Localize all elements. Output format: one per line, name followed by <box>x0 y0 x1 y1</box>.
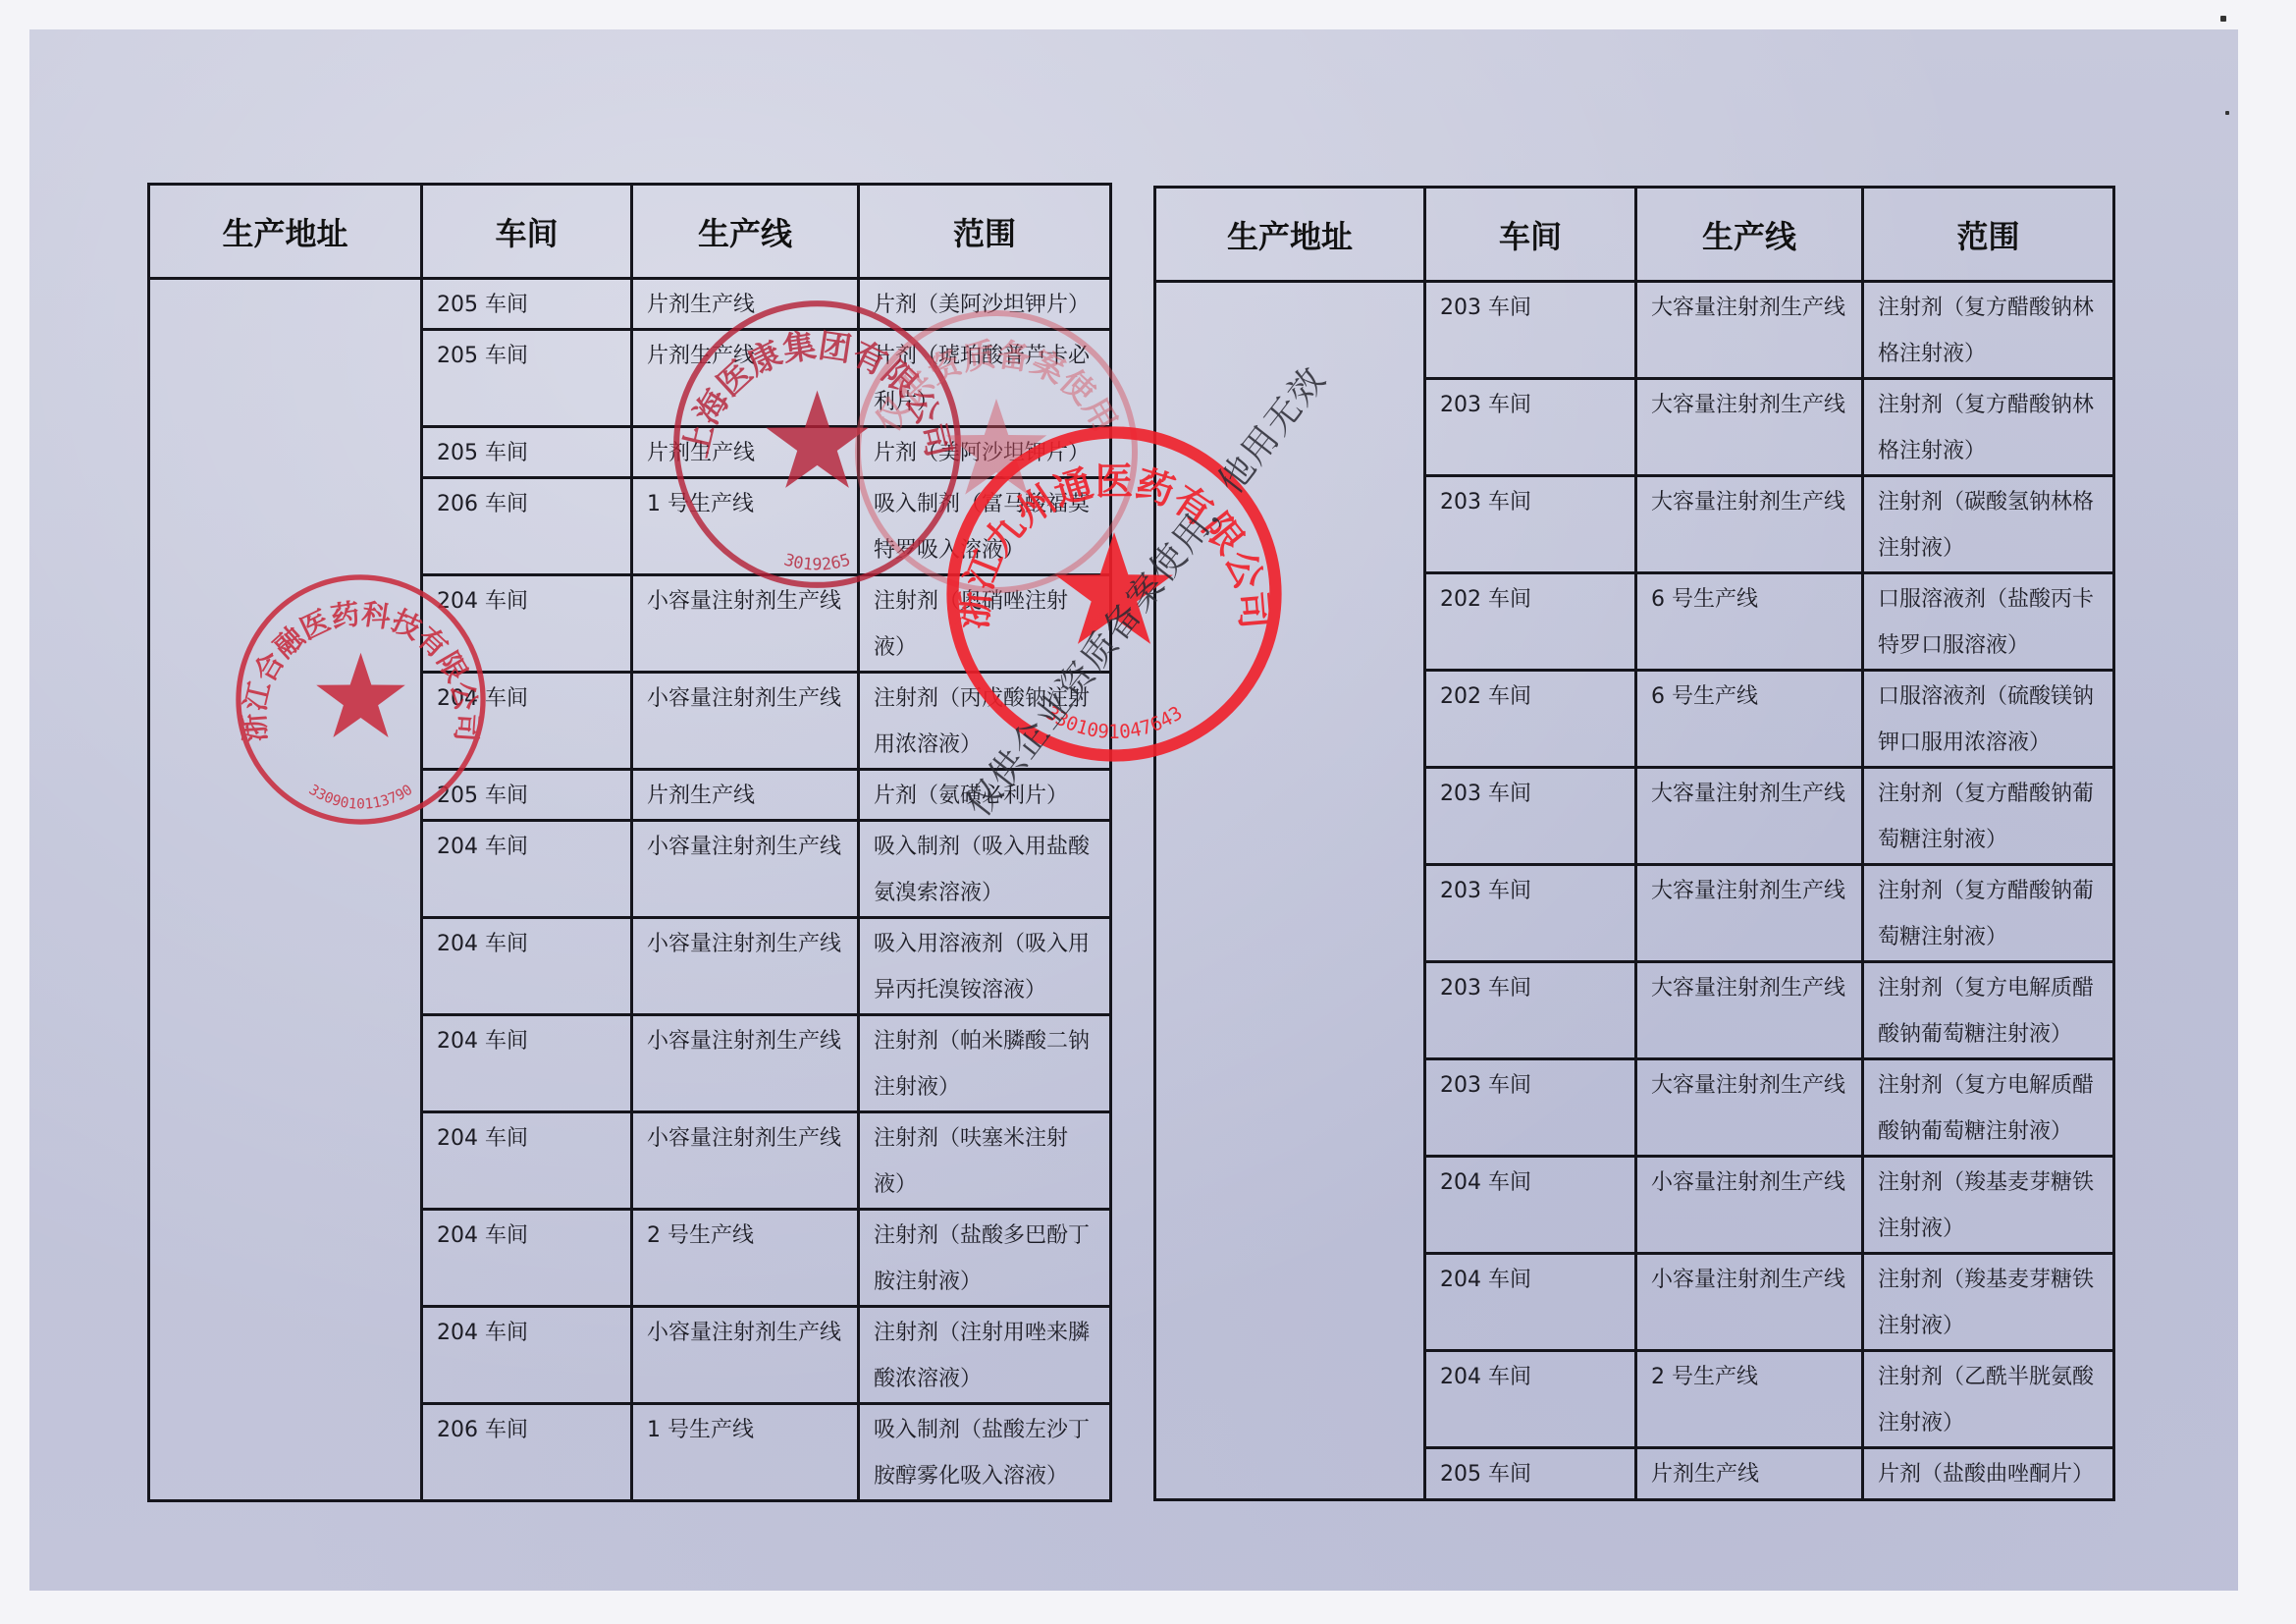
scope-cell: 注射剂（复方醋酸钠林格注射液） <box>1863 282 2114 379</box>
scope-cell: 片剂（盐酸曲唑酮片） <box>1863 1448 2114 1500</box>
line-cell: 小容量注射剂生产线 <box>632 1112 859 1210</box>
line-cell: 大容量注射剂生产线 <box>1636 379 1863 476</box>
scope-text: 吸入制剂（吸入用盐酸氨溴索溶液） <box>860 822 1109 916</box>
line-text: 6 号生产线 <box>1637 672 1861 720</box>
line-cell: 小容量注射剂生产线 <box>632 575 859 673</box>
line-text: 片剂生产线 <box>633 771 857 819</box>
workshop-text: 206 车间 <box>423 1405 630 1453</box>
workshop-cell: 204 车间 <box>422 575 632 673</box>
workshop-cell: 203 车间 <box>1425 768 1636 865</box>
scope-text: 注射剂（复方醋酸钠林格注射液） <box>1864 380 2112 474</box>
workshop-cell: 204 车间 <box>422 1112 632 1210</box>
line-text: 小容量注射剂生产线 <box>1637 1255 1861 1303</box>
line-text: 小容量注射剂生产线 <box>633 919 857 967</box>
line-text: 小容量注射剂生产线 <box>633 822 857 870</box>
scope-text: 注射剂（复方电解质醋酸钠葡萄糖注射液） <box>1864 1060 2112 1155</box>
workshop-cell: 204 车间 <box>422 1015 632 1112</box>
header-workshop: 车间 <box>422 185 632 279</box>
header-line: 生产线 <box>632 185 859 279</box>
workshop-text: 203 车间 <box>1426 769 1634 817</box>
workshop-text: 204 车间 <box>423 1211 630 1259</box>
scope-text: 注射剂（复方电解质醋酸钠葡萄糖注射液） <box>1864 963 2112 1057</box>
line-text: 片剂生产线 <box>633 280 857 328</box>
scope-text: 注射剂（呋塞米注射液） <box>860 1113 1109 1208</box>
scope-cell: 注射剂（盐酸多巴酚丁胺注射液） <box>859 1210 1111 1307</box>
scope-cell: 注射剂（复方电解质醋酸钠葡萄糖注射液） <box>1863 962 2114 1059</box>
workshop-text: 202 车间 <box>1426 672 1634 720</box>
line-text: 大容量注射剂生产线 <box>1637 963 1861 1011</box>
workshop-text: 203 车间 <box>1426 283 1634 331</box>
scope-cell: 吸入用溶液剂（吸入用异丙托溴铵溶液） <box>859 918 1111 1015</box>
scope-text: 注射剂（注射用唑来膦酸浓溶液） <box>860 1308 1109 1402</box>
workshop-text: 202 车间 <box>1426 574 1634 623</box>
line-cell: 1 号生产线 <box>632 1404 859 1501</box>
table-header-row: 生产地址 车间 生产线 范围 <box>149 185 1111 279</box>
workshop-cell: 205 车间 <box>422 427 632 478</box>
line-text: 小容量注射剂生产线 <box>633 1113 857 1162</box>
scope-cell: 片剂（美阿沙坦钾片） <box>859 427 1111 478</box>
line-cell: 小容量注射剂生产线 <box>632 918 859 1015</box>
workshop-text: 203 车间 <box>1426 380 1634 428</box>
workshop-text: 204 车间 <box>423 822 630 870</box>
line-cell: 小容量注射剂生产线 <box>632 1307 859 1404</box>
workshop-cell: 203 车间 <box>1425 379 1636 476</box>
header-workshop: 车间 <box>1425 188 1636 282</box>
scan-speck <box>2220 16 2226 22</box>
scope-cell: 吸入制剂（富马酸福莫特罗吸入溶液） <box>859 478 1111 575</box>
line-text: 小容量注射剂生产线 <box>1637 1158 1861 1206</box>
workshop-text: 204 车间 <box>423 576 630 624</box>
workshop-cell: 206 车间 <box>422 1404 632 1501</box>
header-address: 生产地址 <box>1155 188 1425 282</box>
scope-cell: 注射剂（羧基麦芽糖铁注射液） <box>1863 1254 2114 1351</box>
workshop-text: 203 车间 <box>1426 1060 1634 1109</box>
scope-text: 注射剂（羧基麦芽糖铁注射液） <box>1864 1158 2112 1252</box>
line-cell: 小容量注射剂生产线 <box>632 1015 859 1112</box>
workshop-cell: 206 车间 <box>422 478 632 575</box>
line-cell: 6 号生产线 <box>1636 671 1863 768</box>
line-cell: 1 号生产线 <box>632 478 859 575</box>
scope-cell: 注射剂（帕米膦酸二钠注射液） <box>859 1015 1111 1112</box>
line-text: 小容量注射剂生产线 <box>633 576 857 624</box>
workshop-cell: 203 车间 <box>1425 282 1636 379</box>
scan-speck <box>2225 111 2229 115</box>
workshop-text: 205 车间 <box>423 331 630 379</box>
line-cell: 大容量注射剂生产线 <box>1636 1059 1863 1157</box>
line-cell: 小容量注射剂生产线 <box>632 821 859 918</box>
line-cell: 大容量注射剂生产线 <box>1636 865 1863 962</box>
line-text: 片剂生产线 <box>1637 1449 1861 1497</box>
workshop-text: 203 车间 <box>1426 963 1634 1011</box>
scope-cell: 吸入制剂（吸入用盐酸氨溴索溶液） <box>859 821 1111 918</box>
line-text: 大容量注射剂生产线 <box>1637 283 1861 331</box>
workshop-cell: 203 车间 <box>1425 865 1636 962</box>
line-text: 2 号生产线 <box>633 1211 857 1259</box>
line-cell: 片剂生产线 <box>632 770 859 821</box>
header-line: 生产线 <box>1636 188 1863 282</box>
table-body: 203 车间大容量注射剂生产线注射剂（复方醋酸钠林格注射液）203 车间大容量注… <box>1155 282 2114 1500</box>
scope-text: 注射剂（羧基麦芽糖铁注射液） <box>1864 1255 2112 1349</box>
workshop-cell: 205 车间 <box>422 279 632 330</box>
workshop-cell: 205 车间 <box>422 330 632 427</box>
line-cell: 小容量注射剂生产线 <box>1636 1254 1863 1351</box>
scope-text: 注射剂（盐酸多巴酚丁胺注射液） <box>860 1211 1109 1305</box>
scope-cell: 注射剂（碳酸氢钠林格注射液） <box>1863 476 2114 573</box>
line-text: 片剂生产线 <box>633 428 857 476</box>
line-cell: 小容量注射剂生产线 <box>632 673 859 770</box>
workshop-cell: 204 车间 <box>422 918 632 1015</box>
line-text: 小容量注射剂生产线 <box>633 1016 857 1064</box>
scope-text: 吸入制剂（盐酸左沙丁胺醇雾化吸入溶液） <box>860 1405 1109 1499</box>
table-header-row: 生产地址 车间 生产线 范围 <box>1155 188 2114 282</box>
scope-cell: 注射剂（复方醋酸钠葡萄糖注射液） <box>1863 768 2114 865</box>
scope-text: 注射剂（碳酸氢钠林格注射液） <box>1864 477 2112 571</box>
line-text: 6 号生产线 <box>1637 574 1861 623</box>
address-cell <box>1155 282 1425 1500</box>
workshop-text: 204 车间 <box>423 1113 630 1162</box>
workshop-cell: 204 车间 <box>1425 1254 1636 1351</box>
workshop-text: 204 车间 <box>423 1016 630 1064</box>
line-cell: 2 号生产线 <box>632 1210 859 1307</box>
workshop-cell: 204 车间 <box>1425 1351 1636 1448</box>
workshop-text: 205 车间 <box>423 428 630 476</box>
table-row: 205 车间片剂生产线片剂（美阿沙坦钾片） <box>149 279 1111 330</box>
line-text: 大容量注射剂生产线 <box>1637 866 1861 914</box>
workshop-cell: 204 车间 <box>422 673 632 770</box>
scope-cell: 注射剂（复方电解质醋酸钠葡萄糖注射液） <box>1863 1059 2114 1157</box>
line-cell: 6 号生产线 <box>1636 573 1863 671</box>
line-text: 大容量注射剂生产线 <box>1637 769 1861 817</box>
scope-cell: 注射剂（羧基麦芽糖铁注射液） <box>1863 1157 2114 1254</box>
workshop-cell: 203 车间 <box>1425 476 1636 573</box>
workshop-text: 204 车间 <box>423 919 630 967</box>
header-scope: 范围 <box>859 185 1111 279</box>
workshop-cell: 205 车间 <box>1425 1448 1636 1500</box>
workshop-cell: 205 车间 <box>422 770 632 821</box>
line-cell: 2 号生产线 <box>1636 1351 1863 1448</box>
line-text: 大容量注射剂生产线 <box>1637 1060 1861 1109</box>
scope-text: 注射剂（乙酰半胱氨酸注射液） <box>1864 1352 2112 1446</box>
workshop-text: 205 车间 <box>423 280 630 328</box>
workshop-text: 204 车间 <box>1426 1158 1634 1206</box>
workshop-text: 204 车间 <box>423 674 630 722</box>
line-cell: 大容量注射剂生产线 <box>1636 768 1863 865</box>
workshop-cell: 204 车间 <box>422 1210 632 1307</box>
workshop-cell: 202 车间 <box>1425 573 1636 671</box>
line-cell: 片剂生产线 <box>632 427 859 478</box>
scope-cell: 注射剂（乙酰半胱氨酸注射液） <box>1863 1351 2114 1448</box>
line-cell: 大容量注射剂生产线 <box>1636 476 1863 573</box>
scope-cell: 吸入制剂（盐酸左沙丁胺醇雾化吸入溶液） <box>859 1404 1111 1501</box>
header-address: 生产地址 <box>149 185 422 279</box>
scope-cell: 口服溶液剂（盐酸丙卡特罗口服溶液） <box>1863 573 2114 671</box>
workshop-text: 204 车间 <box>1426 1255 1634 1303</box>
scope-cell: 注射剂（注射用唑来膦酸浓溶液） <box>859 1307 1111 1404</box>
header-scope: 范围 <box>1863 188 2114 282</box>
scope-text: 口服溶液剂（盐酸丙卡特罗口服溶液） <box>1864 574 2112 669</box>
line-text: 大容量注射剂生产线 <box>1637 380 1861 428</box>
line-text: 大容量注射剂生产线 <box>1637 477 1861 525</box>
scope-text: 片剂（盐酸曲唑酮片） <box>1864 1449 2112 1497</box>
workshop-text: 205 车间 <box>1426 1449 1634 1497</box>
workshop-text: 206 车间 <box>423 479 630 527</box>
line-text: 小容量注射剂生产线 <box>633 674 857 722</box>
line-cell: 片剂生产线 <box>632 330 859 427</box>
scope-cell: 片剂（美阿沙坦钾片） <box>859 279 1111 330</box>
line-text: 片剂生产线 <box>633 331 857 379</box>
production-scope-table-left: 生产地址 车间 生产线 范围 205 车间片剂生产线片剂（美阿沙坦钾片）205 … <box>147 183 1112 1502</box>
line-text: 1 号生产线 <box>633 1405 857 1453</box>
workshop-cell: 204 车间 <box>1425 1157 1636 1254</box>
workshop-text: 204 车间 <box>1426 1352 1634 1400</box>
scope-cell: 注射剂（呋塞米注射液） <box>859 1112 1111 1210</box>
scope-text: 吸入制剂（富马酸福莫特罗吸入溶液） <box>860 479 1109 573</box>
scope-text: 注射剂（复方醋酸钠葡萄糖注射液） <box>1864 769 2112 863</box>
line-cell: 片剂生产线 <box>1636 1448 1863 1500</box>
table-body: 205 车间片剂生产线片剂（美阿沙坦钾片）205 车间片剂生产线片剂（琥珀酸普芦… <box>149 279 1111 1501</box>
scope-text: 口服溶液剂（硫酸镁钠钾口服用浓溶液） <box>1864 672 2112 766</box>
workshop-text: 205 车间 <box>423 771 630 819</box>
line-text: 小容量注射剂生产线 <box>633 1308 857 1356</box>
workshop-cell: 203 车间 <box>1425 962 1636 1059</box>
workshop-cell: 203 车间 <box>1425 1059 1636 1157</box>
scope-text: 片剂（美阿沙坦钾片） <box>860 428 1109 476</box>
workshop-text: 204 车间 <box>423 1308 630 1356</box>
line-cell: 大容量注射剂生产线 <box>1636 962 1863 1059</box>
scope-text: 注射剂（复方醋酸钠林格注射液） <box>1864 283 2112 377</box>
scope-cell: 注射剂（复方醋酸钠葡萄糖注射液） <box>1863 865 2114 962</box>
scope-text: 注射剂（复方醋酸钠葡萄糖注射液） <box>1864 866 2112 960</box>
line-cell: 大容量注射剂生产线 <box>1636 282 1863 379</box>
scope-text: 注射剂（帕米膦酸二钠注射液） <box>860 1016 1109 1110</box>
scope-text: 片剂（美阿沙坦钾片） <box>860 280 1109 328</box>
address-cell <box>149 279 422 1501</box>
line-cell: 小容量注射剂生产线 <box>1636 1157 1863 1254</box>
scope-cell: 口服溶液剂（硫酸镁钠钾口服用浓溶液） <box>1863 671 2114 768</box>
workshop-text: 203 车间 <box>1426 477 1634 525</box>
scope-cell: 注射剂（复方醋酸钠林格注射液） <box>1863 379 2114 476</box>
workshop-cell: 204 车间 <box>422 821 632 918</box>
workshop-cell: 202 车间 <box>1425 671 1636 768</box>
scope-text: 吸入用溶液剂（吸入用异丙托溴铵溶液） <box>860 919 1109 1013</box>
line-text: 2 号生产线 <box>1637 1352 1861 1400</box>
line-text: 1 号生产线 <box>633 479 857 527</box>
scope-text: 片剂（琥珀酸普芦卡必利片） <box>860 331 1109 425</box>
scope-cell: 片剂（琥珀酸普芦卡必利片） <box>859 330 1111 427</box>
line-cell: 片剂生产线 <box>632 279 859 330</box>
workshop-cell: 204 车间 <box>422 1307 632 1404</box>
workshop-text: 203 车间 <box>1426 866 1634 914</box>
